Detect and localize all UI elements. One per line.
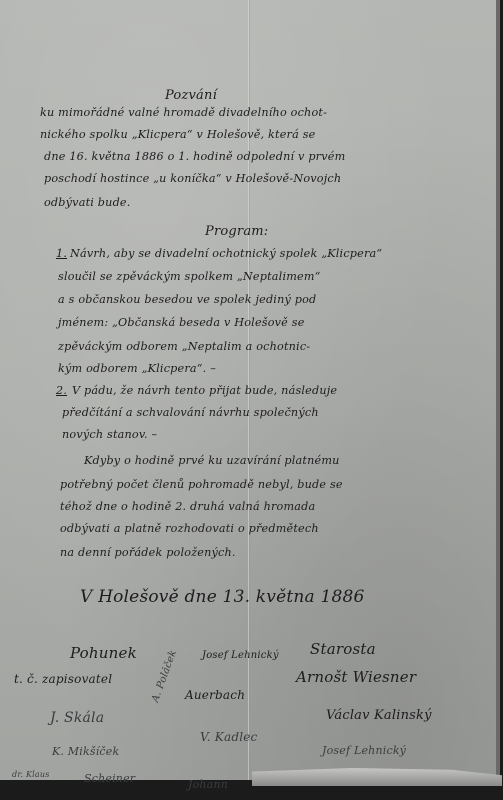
intro-line-2: nického spolku „Klicpera“ v Holešově, kt…	[40, 128, 315, 141]
signature-other-3: Václav Kalinský	[326, 708, 432, 723]
closing-line-1: Kdyby o hodině prvé ku uzavírání platném…	[84, 454, 340, 467]
program-item-2-line-3: nových stanov. –	[62, 428, 157, 441]
document-page: Pozvání ku mimořádné valné hromadě divad…	[0, 0, 500, 780]
program-item-2-line-1: V pádu, že návrh tento přijat bude, násl…	[72, 384, 337, 397]
signature-other-1: J. Skála	[50, 710, 104, 726]
program-item-1-line-6: kým odborem „Klicpera“. –	[58, 362, 216, 375]
closing-line-5: na denní pořádek položených.	[60, 546, 236, 559]
closing-line-4: odbývati a platně rozhodovati o předměte…	[60, 522, 319, 535]
torn-bottom-flap	[252, 768, 502, 786]
signature-president: Arnošt Wiesner	[296, 668, 416, 686]
signature-other-6: Josef Lehnický	[322, 744, 406, 757]
program-item-1-line-5: zpěváckým odborem „Neptalim a ochotnic-	[58, 340, 310, 353]
signature-secretary: Pohunek	[70, 644, 137, 662]
intro-line-4: poschodí hostince „u koníčka“ v Holešově…	[44, 172, 341, 185]
program-item-2-number: 2.	[56, 384, 67, 397]
signature-other-9: Scheiner	[84, 772, 135, 785]
program-item-1-line-2: sloučil se zpěváckým spolkem „Neptalimem…	[58, 270, 321, 283]
signature-other-8: Johann	[188, 778, 228, 791]
place-and-date: V Holešově dne 13. května 1886	[80, 587, 365, 607]
program-heading: Program:	[205, 224, 268, 239]
closing-line-2: potřebný počet členů pohromadě nebyl, bu…	[60, 478, 343, 491]
closing-line-3: téhož dne o hodině 2. druhá valná hromad…	[60, 500, 315, 513]
signature-center-top: Josef Lehnický	[202, 650, 279, 661]
signature-other-5: K. Mikšíček	[52, 745, 119, 758]
program-item-1-line-1: Návrh, aby se divadelní ochotnický spole…	[70, 247, 382, 260]
signature-other-2: Auerbach	[185, 688, 245, 702]
item-number: 1.	[56, 247, 67, 260]
signature-other-7: A. Poláček	[150, 649, 179, 704]
program-item-1-line-4: jménem: „Občanská beseda v Holešově se	[58, 316, 305, 329]
intro-line-3: dne 16. května 1886 o 1. hodině odpoledn…	[44, 150, 345, 163]
margin-note: dr. Klaus	[12, 770, 50, 779]
item-number: 2.	[56, 384, 67, 397]
program-item-2-line-2: předčítání a schvalování návrhu společný…	[62, 406, 319, 419]
intro-line-5: odbývati bude.	[44, 196, 131, 209]
signature-other-4: V. Kadlec	[200, 730, 257, 744]
paper-edge	[496, 0, 500, 780]
program-item-1-line-3: a s občanskou besedou ve spolek jediný p…	[58, 293, 316, 306]
secretary-role: t. č. zapisovatel	[14, 672, 112, 686]
program-item-1-number: 1.	[56, 247, 67, 260]
document-title: Pozvání	[165, 88, 217, 103]
intro-line-1: ku mimořádné valné hromadě divadelního o…	[40, 106, 327, 119]
president-label: Starosta	[310, 640, 376, 658]
